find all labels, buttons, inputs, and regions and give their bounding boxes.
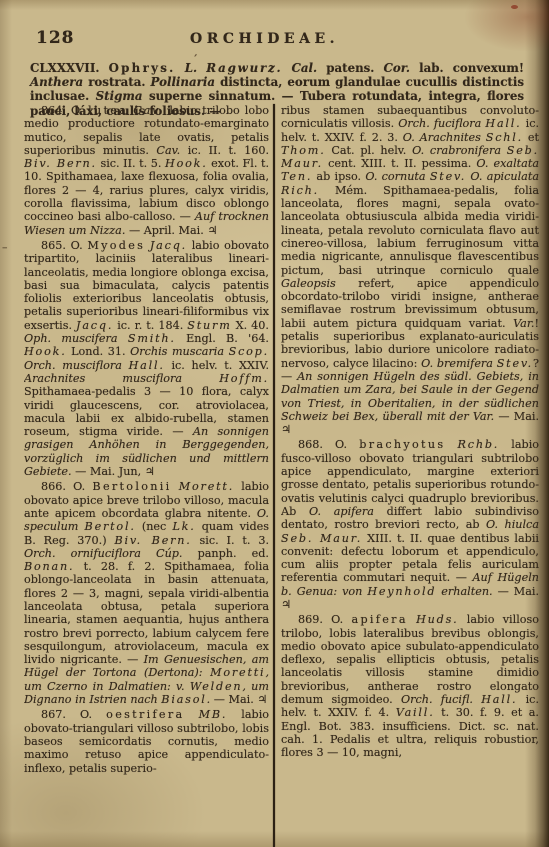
column-divider-rule — [273, 104, 275, 847]
running-header-title: ORCHIDEAE. — [0, 31, 529, 47]
entry-866: 866. O. Bertolonii Morett. labio obovato… — [24, 480, 269, 706]
book-page: 128 ORCHIDEAE. CLXXXVII. Ophrys. L. Ragw… — [0, 0, 549, 847]
stray-ink-mark: – — [2, 241, 8, 254]
two-column-text-block: 864. O. lutea Cav. labio trilobo lobo me… — [24, 104, 539, 847]
right-column: ribus stamen subaequantibus convoluto-co… — [281, 104, 539, 847]
entry-865: 865. O. Myodes Jacq. labio obovato tripa… — [24, 239, 269, 478]
entry-864: 864. O. lutea Cav. labio trilobo lobo me… — [24, 104, 269, 237]
entry-869-start: 869. O. apifera Huds. labio villoso tril… — [281, 613, 539, 759]
stray-ink-speck — [511, 5, 518, 9]
left-column: 864. O. lutea Cav. labio trilobo lobo me… — [24, 104, 269, 847]
entry-867-continued: ribus stamen subaequantibus convoluto-co… — [281, 104, 539, 436]
entry-867-start: 867. O. oestrifera MB. labio obovato-tri… — [24, 708, 269, 774]
entry-868: 868. O. brachyotus Rchb. labio fusco-vil… — [281, 438, 539, 611]
